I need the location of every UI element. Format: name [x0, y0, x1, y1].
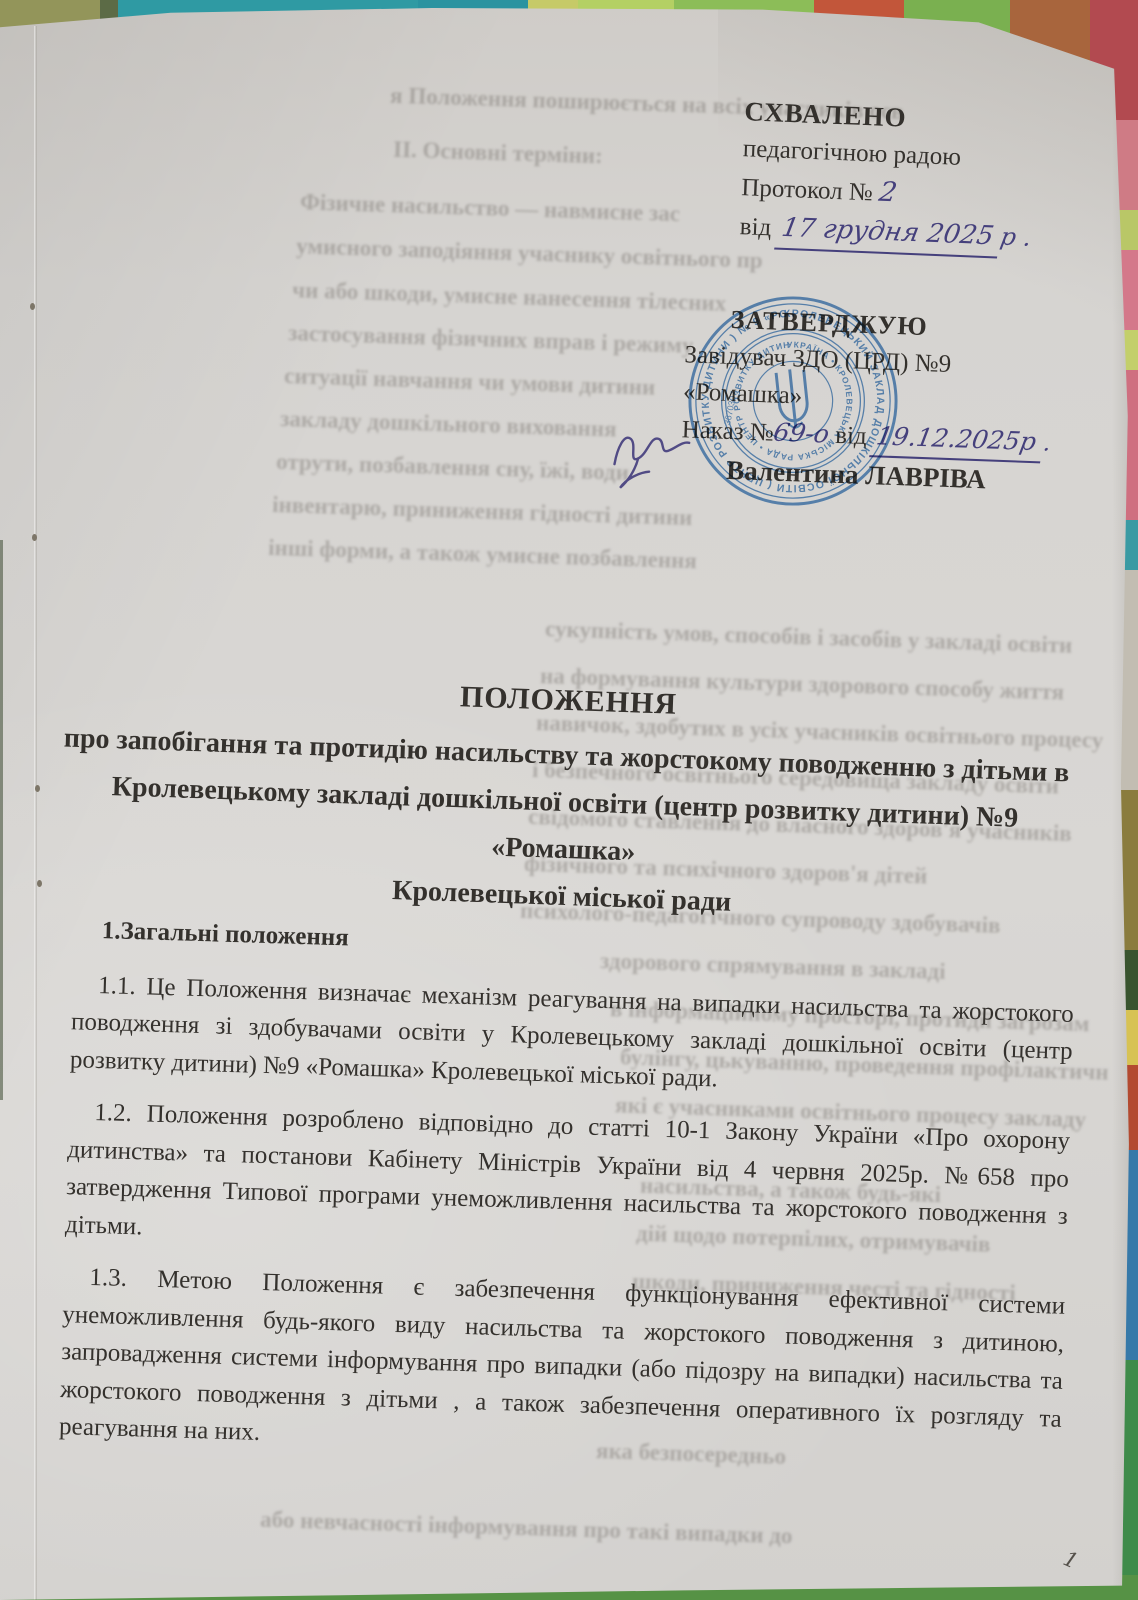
signature [606, 416, 741, 495]
section-general-provisions: 1.Загальні положення 1.1. Це Положення в… [58, 911, 1076, 1490]
paragraph-1-2: 1.2. Положення розроблено відповідно до … [65, 1093, 1071, 1273]
title-block: ПОЛОЖЕННЯ про запобігання та протидію на… [41, 666, 1089, 938]
paper-edge-mark [0, 540, 3, 1100]
approved-date-suffix: р . [997, 218, 1034, 257]
approved-date-label: від [739, 213, 778, 241]
protocol-label: Протокол № [741, 174, 880, 207]
staple-mark [30, 303, 35, 310]
staple-mark [32, 534, 37, 541]
staple-mark [35, 785, 40, 792]
paragraph-1-3: 1.3. Метою Положення є забезпечення функ… [59, 1258, 1066, 1475]
approved-block: СХВАЛЕНО педагогічною радою Протокол № 2… [739, 92, 1037, 260]
trident-emblem [776, 368, 810, 429]
paper-crease [34, 26, 37, 1600]
paragraph-1-1: 1.1. Це Положення визначає механізм реаг… [69, 966, 1074, 1108]
photo-of-document: я Положення поширюється на всіх учасникі… [0, 0, 1138, 1600]
